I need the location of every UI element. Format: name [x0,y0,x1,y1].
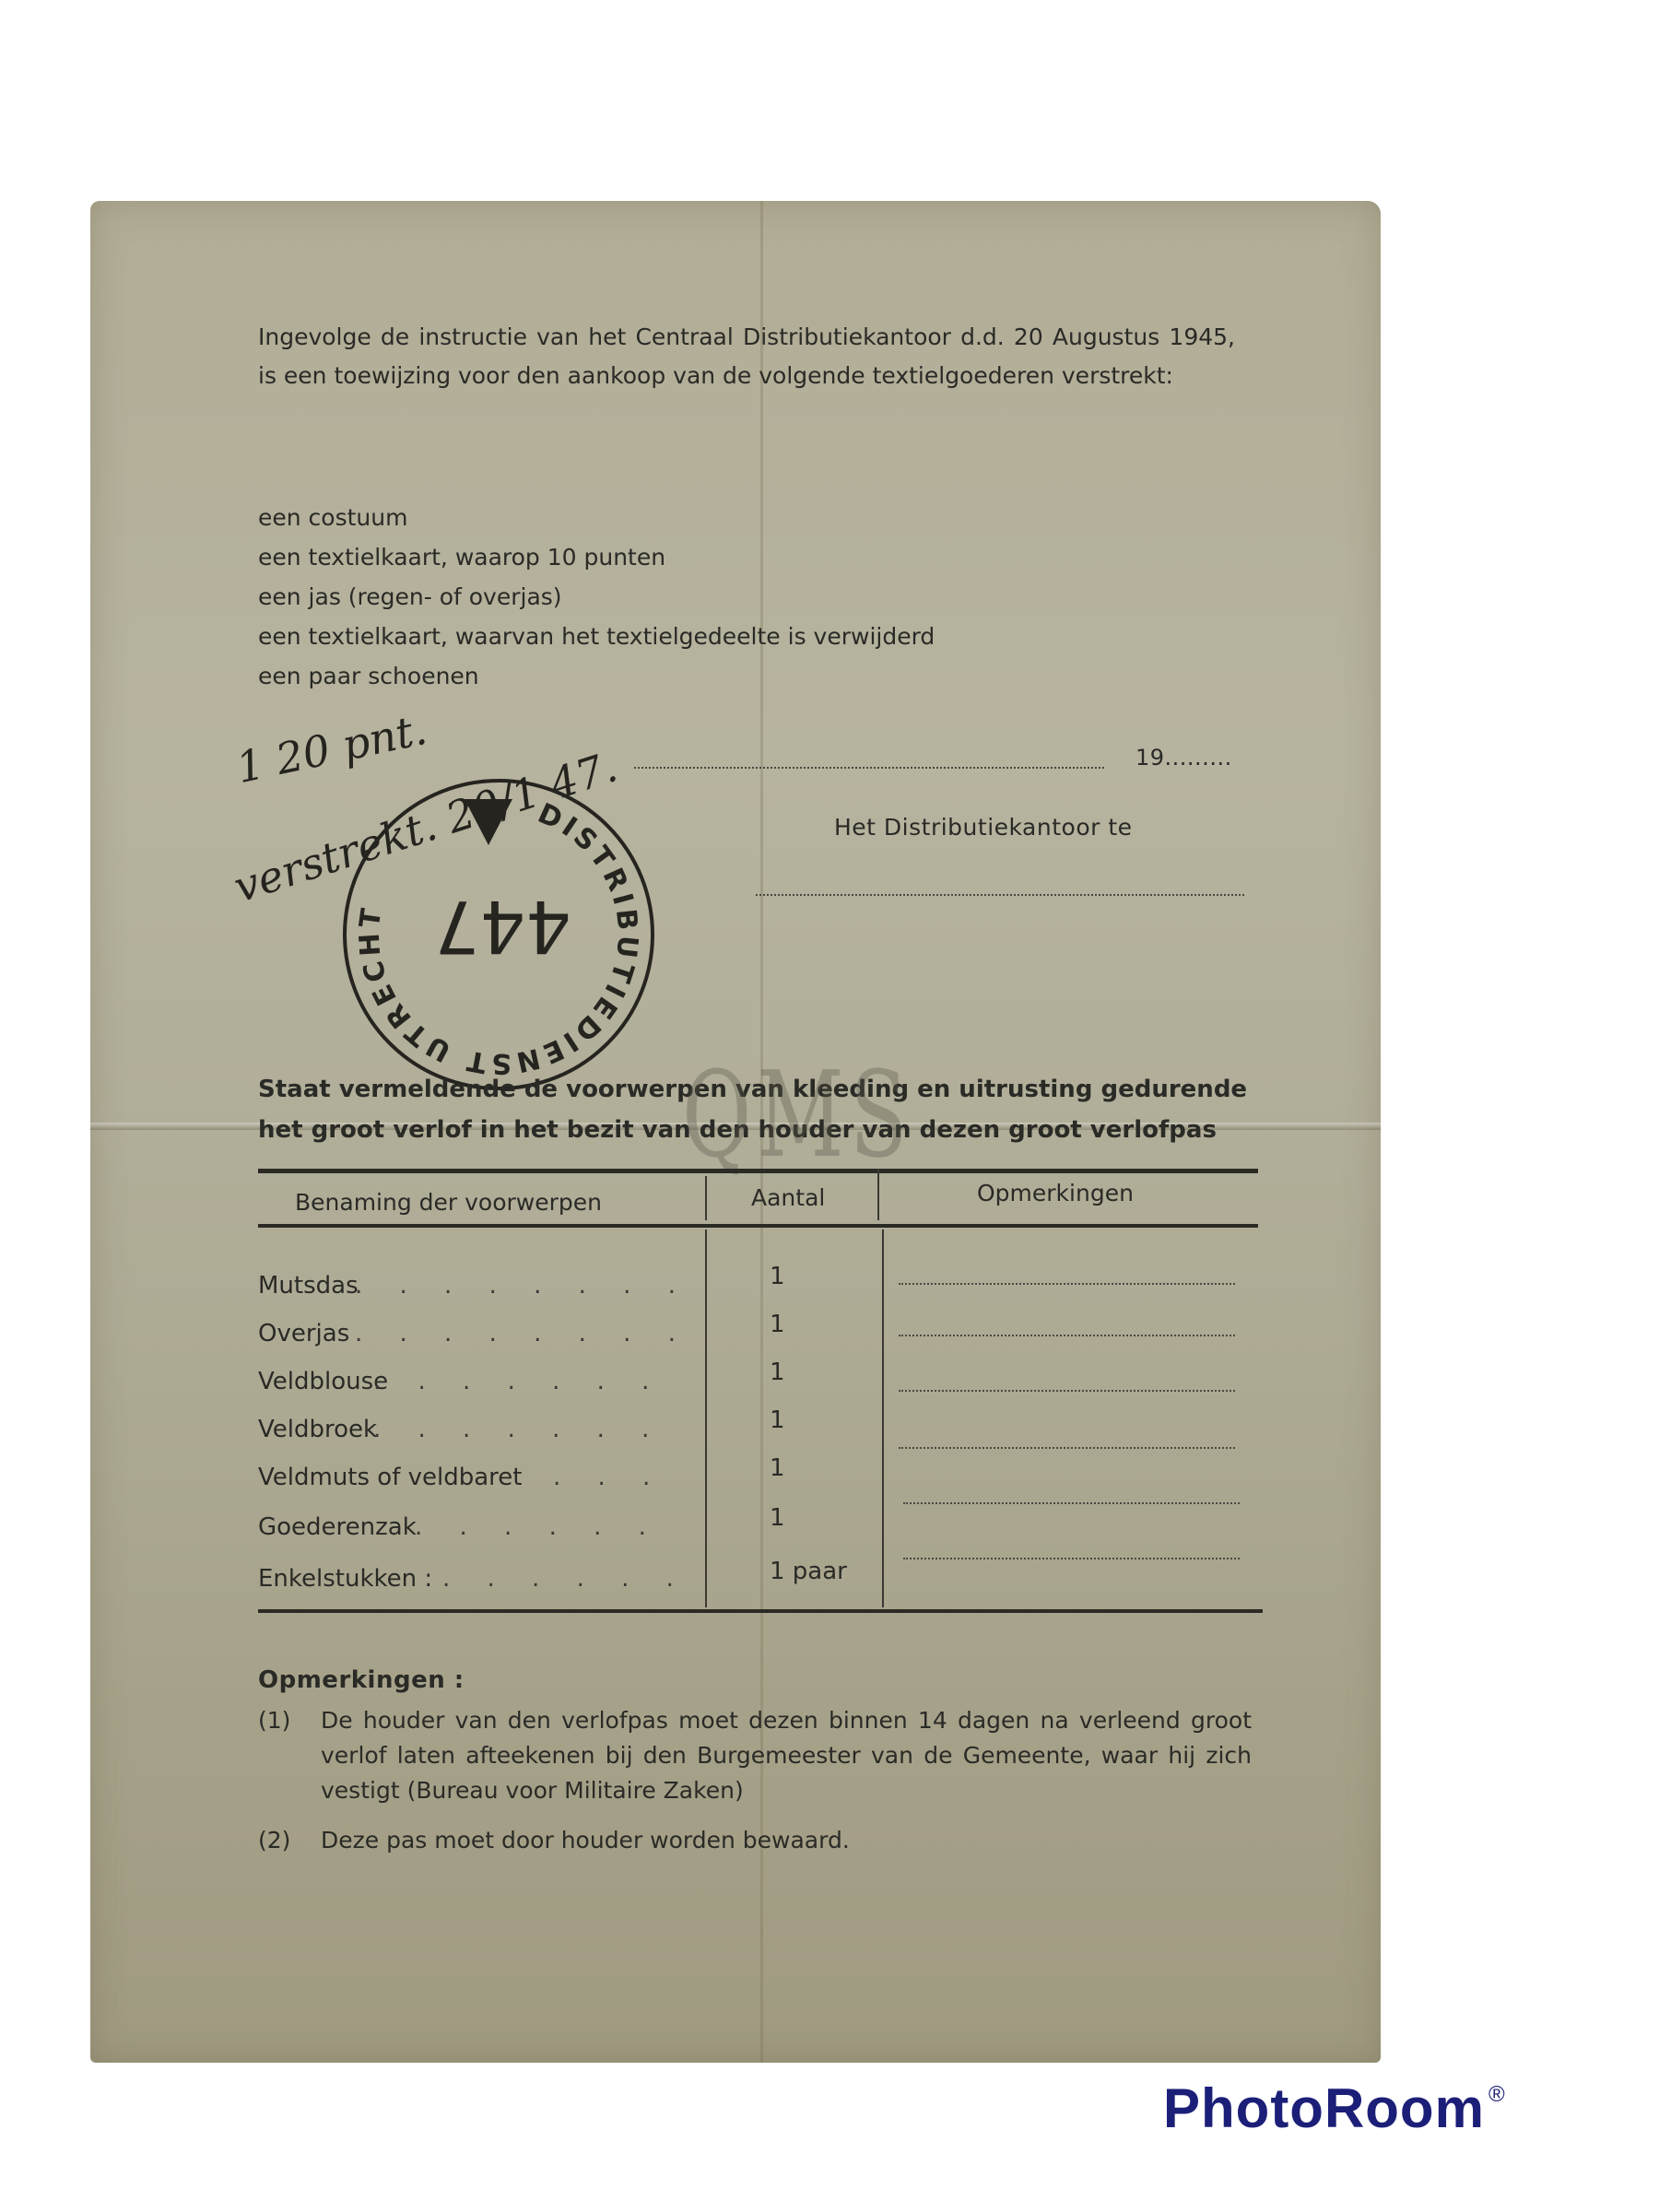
allocation-item: een paar schoenen [258,656,935,696]
remark-line[interactable] [903,1502,1240,1504]
notes-title: Opmerkingen : [258,1668,465,1692]
date-place-line [634,767,1104,769]
leader-dots: . . . . . . [415,1513,661,1541]
remark-line[interactable] [899,1283,1235,1285]
note-number: (2) [258,1823,290,1858]
column-header-remarks: Opmerkingen [977,1180,1134,1206]
header-divider [705,1176,707,1220]
remark-line[interactable] [903,1558,1240,1559]
leader-dots: . . . . . . . . [355,1272,690,1300]
column-header-item: Benaming der voorwerpen [295,1189,602,1216]
leader-dots: . . . . . . . [373,1416,664,1443]
distribution-stamp: DISTRIBUTIEDIENST UTRECHT 447 [343,779,654,1090]
leader-dots: . . . . . . . [373,1368,664,1395]
remark-line[interactable] [899,1390,1235,1392]
allocation-item: een textielkaart, waarvan het textielged… [258,617,935,656]
table-header-rule [258,1224,1258,1228]
note-number: (1) [258,1703,290,1738]
column-header-qty: Aantal [751,1184,825,1211]
note-text: Deze pas moet door houder worden bewaard… [321,1823,1252,1858]
allocation-item: een textielkaart, waarop 10 punten [258,537,935,577]
allocation-list: een costuum een textielkaart, waarop 10 … [258,498,935,696]
remark-line[interactable] [899,1335,1235,1336]
header-divider [877,1169,879,1220]
column-divider [882,1230,884,1607]
leader-dots: . . . . . . . . [355,1320,690,1347]
leader-dots: . . . . . . [442,1565,688,1593]
office-signature-line [756,894,1244,896]
date-year-suffix: 19......... [1135,747,1232,769]
allocation-item: een jas (regen- of overjas) [258,577,935,617]
table-top-rule [258,1169,1258,1173]
note-text: De houder van den verlofpas moet dezen b… [321,1703,1252,1808]
leader-dots: . . . [553,1464,665,1491]
column-divider [705,1230,707,1607]
table-bottom-rule [258,1609,1263,1613]
intro-paragraph: Ingevolge de instructie van het Centraal… [258,318,1235,395]
allocation-item: een costuum [258,498,935,537]
photoroom-logo: PhotoRoom® [1163,2077,1506,2140]
office-label: Het Distributiekantoor te [834,816,1133,839]
remark-line[interactable] [899,1447,1235,1449]
qms-watermark: QMS [682,1046,913,1184]
stamp-number: 447 [434,884,571,967]
registered-mark-icon: ® [1488,2082,1506,2107]
brand-name: PhotoRoom [1163,2077,1485,2139]
